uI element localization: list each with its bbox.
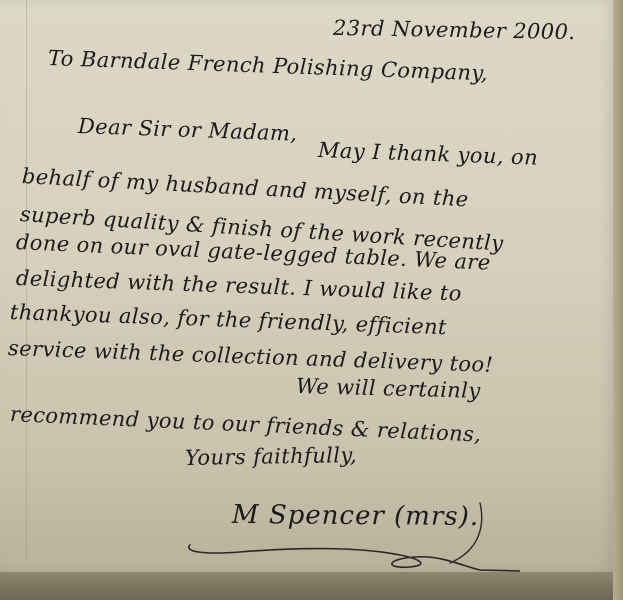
- body-line: service with the collection and delivery…: [8, 338, 494, 376]
- table-surface: [0, 572, 613, 600]
- letter-addressee: To Barndale French Polishing Company,: [48, 48, 489, 84]
- body-line: May I thank you, on: [318, 140, 539, 169]
- letter-paper: 23rd November 2000. To Barndale French P…: [0, 0, 613, 572]
- paper-edge: [613, 0, 623, 600]
- body-line: thankyou also, for the friendly, efficie…: [10, 302, 448, 338]
- body-line: We will certainly: [296, 376, 481, 402]
- body-line: recommend you to our friends & relations…: [10, 404, 482, 446]
- letter-date: 23rd November 2000.: [333, 18, 576, 43]
- letter-salutation: Dear Sir or Madam,: [78, 116, 298, 145]
- letter-closing: Yours faithfully,: [185, 445, 357, 469]
- body-line: delighted with the result. I would like …: [16, 268, 462, 305]
- body-line: behalf of my husband and myself, on the: [21, 166, 469, 210]
- signature-flourish-icon: [180, 495, 520, 575]
